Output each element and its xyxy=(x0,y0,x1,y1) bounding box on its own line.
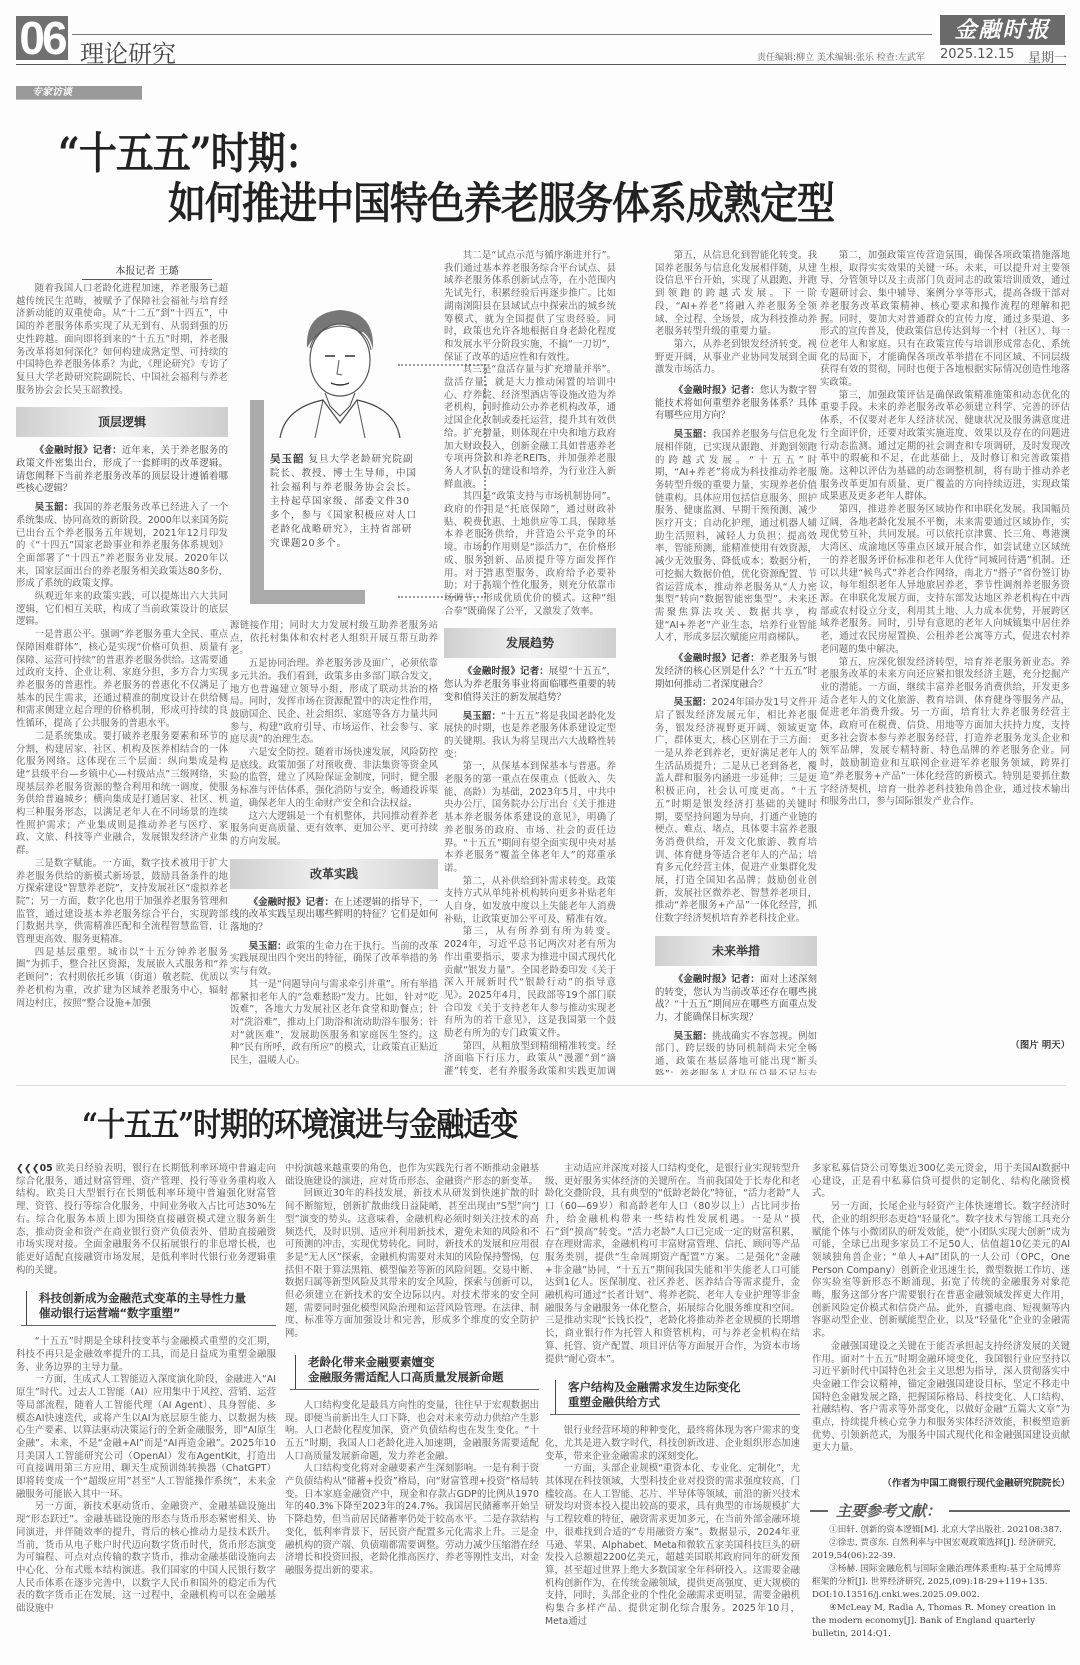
subheading-line: 金融服务需适配人口高质量发展新命题 xyxy=(308,1370,539,1385)
article1-headline-line2: 如何推进中国特色养老服务体系成熟定型 xyxy=(168,168,834,231)
paragraph: 纵观近年来的政策实践，可以提炼出六大共同逻辑，它们相互关联，构成了当前政策设计的… xyxy=(16,591,228,629)
paragraph: 这六大逻辑是一个有机整体，共同推动着养老服务向更高质量、更有效率、更加公平、更可… xyxy=(230,811,438,849)
interviewee-label: 吴玉韶： xyxy=(463,711,501,722)
paragraph: 二是系统集成。要打破养老服务要素和环节的分割，构建居家、社区、机构及医养相结合的… xyxy=(16,731,228,858)
article2-column-2: 中扮演越来越重要的角色，也作为实践先行者不断推动金融基础设施建设的演进，应对货币… xyxy=(285,1163,539,1663)
article2-column-1: ❮❮❮05 欧美日经验表明，银行在长期低利率环境中普遍走向综合化服务，通过财富管… xyxy=(16,1163,276,1663)
section-heading-future-measures: 未来举措 xyxy=(655,936,817,966)
interviewee-label: 吴玉韶： xyxy=(674,697,712,708)
paragraph: “十五五”时期是全球科技变革与金融模式重塑的交汇期，科技不再只是金融效率提升的工… xyxy=(16,1336,276,1374)
interviewer-label: 《金融时报》记者： xyxy=(674,974,760,985)
paragraph: 多家私募信贷公司筹集近300亿美元资金，用于美国AI数据中心建设，正是看中私募信… xyxy=(812,1163,1070,1201)
bio-frame-bottom xyxy=(250,590,365,604)
article1-column-1: 随着我国人口老龄化进程加速，养老服务已超越传统民生范畴，被赋予了保障社会福祉与培… xyxy=(16,283,228,1073)
subheading-line: 老龄化带来金融要素嬗变 xyxy=(308,1355,539,1370)
subheading-aging-finance: 老龄化带来金融要素嬗变 金融服务需适配人口高质量发展新命题 xyxy=(295,1355,539,1390)
answer-2: 吴玉韶：政策的生命力在于执行。当前的改革实践展现出四个突出的特征，确保了改革举措… xyxy=(230,941,438,979)
interviewer-label: 《金融时报》记者： xyxy=(674,385,760,396)
answer-6: 吴玉韶：挑战确实不容忽视。例如部门、跨层级的协同机制尚未完全畅通，政策在基层落地… xyxy=(655,1031,817,1075)
interviewer-label: 《金融时报》记者： xyxy=(674,653,760,664)
paragraph: 六是安全防控。随着市场快速发展，风险防控是底线。政策加强了对预收费、非法集资等资… xyxy=(230,747,438,811)
paragraph: 回顾近30年的科技发展，新技术从研发到快速扩散的时间不断缩短，创新扩散曲线日益陡… xyxy=(285,1188,539,1340)
interviewer-label: 《金融时报》记者： xyxy=(35,445,122,456)
byline: 本报记者 王璐 xyxy=(82,262,212,280)
reference-item: ②徐忠, 贾彦东. 自然利率与中国宏观政策选择[J]. 经济研究, 2019,5… xyxy=(812,1537,1068,1563)
paragraph: 金融强国建设之关键在于能否承担起支持经济发展的关键作用。面对“十五五”时期金融环… xyxy=(812,1341,1070,1455)
subheading-tech-innovation: 科技创新成为金融范式变革的主导性力量 催动银行运营端“数字重塑” xyxy=(26,1291,276,1326)
subheading-line: 催动银行运营端“数字重塑” xyxy=(39,1306,276,1321)
column-tag-underline xyxy=(16,99,142,100)
answer-text: 我国养老服务与信息化发展相伴随，已实现从跟跑、并跑到领跑的跨越式发展。“十五五”… xyxy=(655,429,817,643)
paragraph: 银行业经营环境的种种变化，最终将体现为客户需求的变化，尤其是进入数字时代，科技创… xyxy=(545,1425,800,1463)
article1-column-4: 第五，从信息化到智能化转变。我国养老服务与信息化发展相伴随，从建设信息平台开始，… xyxy=(655,250,817,1075)
column-tag: 专家访谈 xyxy=(16,86,142,99)
paragraph: 第三，从有所养到有所为转变。2024年，习近平总书记两次对老有所为作出重要指示，… xyxy=(444,926,616,1040)
interviewer-label: 《金融时报》记者： xyxy=(463,666,549,677)
paragraph: 第五，应深化银发经济转型，培育养老服务新业态。养老服务改革的未来方向还应紧扣银发… xyxy=(820,657,1070,809)
portrait-illustration xyxy=(275,298,405,438)
heading-rule-left xyxy=(810,1510,828,1512)
lead-paragraph: 随着我国人口老龄化进程加速，养老服务已超越传统民生范畴，被赋予了保障社会福祉与培… xyxy=(16,283,228,397)
references-list: ①田轩. 创新的资本逻辑[M]. 北京大学出版社. 202108:387. ②徐… xyxy=(812,1524,1068,1641)
paragraph: 第四，从粗放型到精细精准转变。经济面临下行压力，政策从“漫灌”到“滴灌”转变，老… xyxy=(444,1041,616,1075)
question-2: 《金融时报》记者：在上述逻辑的指导下，一线的改革实践呈现出哪些鲜明的特征？它们是… xyxy=(230,897,438,935)
answer-text: 2024年国办发1号文件开启了银发经济发展元年，相比养老服务，银发经济视野更开阔… xyxy=(655,697,817,924)
paragraph: 三是数字赋能。一方面，数字技术被用于扩大养老服务供给的新模式新场景，鼓励具备条件… xyxy=(16,858,228,947)
interviewee-label: 吴玉韶： xyxy=(35,502,74,513)
subheading-line: 科技创新成为金融范式变革的主导性力量 xyxy=(39,1291,276,1306)
paragraph: 人口结构变化是最具方向性的变量，往往早于宏观数据出现。即便当前新出生人口下降，也… xyxy=(285,1400,539,1464)
subheading-line: 客户结构及金融需求发生边际变化 xyxy=(568,1380,800,1395)
answer-1: 吴玉韶：我国的养老服务改革已经进入了一个系统集成、协同高效的新阶段。2000年以… xyxy=(16,502,228,591)
page-number: 06 xyxy=(16,16,68,60)
paragraph-text: 欧美日经验表明，银行在长期低利率环境中普遍走向综合化服务，通过财富管理、资产管理… xyxy=(16,1163,276,1276)
paragraph: 第五，从信息化到智能化转变。我国养老服务与信息化发展相伴随，从建设信息平台开始，… xyxy=(655,250,817,339)
paragraph: 第四，推进养老服务区域协作和串联化发展。我国幅员辽阔，各地老龄化发展不平衡，未来… xyxy=(820,504,1070,656)
paragraph: 五是协同治理。养老服务涉及面广，必须依靠多元共治。我们看到，政策多由多部门联合发… xyxy=(230,658,438,747)
question-1: 《金融时报》记者：近年来，关于养老服务的政策文件密集出台，形成了一套鲜明的改革逻… xyxy=(16,445,228,496)
paragraph: 第二，加强政策宣传营造氛围，确保各项政策措施落地生根，取得实实效果的关键一环。未… xyxy=(820,250,1070,390)
issue-date: 2025.12.15 xyxy=(940,47,1014,62)
interviewee-label: 吴玉韶： xyxy=(674,1031,712,1042)
newspaper-logo: 金融时报 xyxy=(940,15,1065,45)
article2-column-3: 主动适应并深度对接人口结构变化，是银行业实现转型升级、更好服务实体经济的关键所在… xyxy=(545,1163,800,1663)
paragraph: 一方面，头部企业规模“重资本化、专业化、定制化”，尤其体现在科技领域，大型科技企… xyxy=(545,1463,800,1628)
continued-page-number: 05 xyxy=(40,1163,53,1174)
header-rule-top xyxy=(72,34,932,35)
paragraph: 其二是“试点示范与循序渐进并行”。我们通过基本养老服务综合平台试点、县域养老服务… xyxy=(444,250,616,364)
paragraph: 源链接作用；同时大力发展村级互助养老服务站点，依托村集体和农村老人组织开展互帮互… xyxy=(230,620,438,658)
paragraph: 另一方面，长尾企业与轻资产主体快速增长。数字经济时代，企业的组织形态更趋“轻量化… xyxy=(812,1201,1070,1341)
subheading-customer-structure: 客户结构及金融需求发生边际变化 重塑金融供给方式 xyxy=(555,1380,800,1415)
editor-credits: 责任编辑:柳立 美术编辑:张乐 检查:左武军 xyxy=(757,50,925,63)
paragraph: 其一是“问题导向与需求牵引并重”。所有举措都紧扣老年人的“急难愁盼”发力。比如，… xyxy=(230,979,438,1068)
article1-column-3: 其二是“试点示范与循序渐进并行”。我们通过基本养老服务综合平台试点、县域养老服务… xyxy=(444,250,616,1075)
paragraph: 中扮演越来越重要的角色，也作为实践先行者不断推动金融基础设施建设的演进，应对货币… xyxy=(285,1163,539,1188)
section-heading-reform-practice: 改革实践 xyxy=(230,859,438,889)
paragraph: 一方面，生成式人工智能迈入深度演化阶段，金融进入“AI原生”时代。过去人工智能（… xyxy=(16,1374,276,1501)
continued-marker-icon: ❮❮❮ xyxy=(16,1163,40,1174)
subheading-line: 重塑金融供给方式 xyxy=(568,1395,800,1410)
paragraph: 四是基层重塑。城市以“十五分钟养老服务圈”为抓手，整合社区资源，发展嵌入式服务和… xyxy=(16,947,228,1011)
bio-name: 吴玉韶 xyxy=(270,453,305,465)
paragraph: 第一，从保基本到保基本与普惠。养老服务的第一重点在保重点（低收入、失能、高龄）为… xyxy=(444,761,616,875)
author-note: （作者为中国工商银行现代金融研究院院长） xyxy=(812,1478,1070,1491)
bio-frame-left xyxy=(250,400,264,600)
paragraph: 一是普惠公平。强调“养老服务重大全民、重点保障困难群体”，核心是实现“价格可负担… xyxy=(16,629,228,731)
heading-rule-right xyxy=(949,1510,1070,1512)
photo-credit-text: （图片 明天） xyxy=(1010,1040,1070,1051)
article1-column-2: 源链接作用；同时大力发展村级互助养老服务站点，依托村集体和农村老人组织开展互帮互… xyxy=(230,620,438,1075)
article2-column-4: 多家私募信贷公司筹集近300亿美元资金，用于美国AI数据中心建设，正是看中私募信… xyxy=(812,1163,1070,1483)
reference-item: ③杨赫. 国际金融危机与国际金融治理体系重构:基于全局博弈框架的分析[J]. 世… xyxy=(812,1563,1068,1602)
answer-text: 我国的养老服务改革已经进入了一个系统集成、协同高效的新阶段。2000年以来国务院… xyxy=(16,502,228,589)
paragraph: 其四是“政策支持与市场机制协同”。政府的作用是“托底保障”，通过财政补贴、税费优… xyxy=(444,491,616,618)
paragraph: 第六，从养老到银发经济转变。视野更开阔，从事业产业协同发展到全面激发市场活力。 xyxy=(655,339,817,377)
interviewee-bio: 吴玉韶 复旦大学老龄研究院副院长、教授、博士生导师，中国社会福利与养老服务协会会… xyxy=(270,452,420,551)
reference-item: ④McLeay M, Radia A, Thomas R. Money crea… xyxy=(812,1602,1068,1641)
question-6: 《金融时报》记者：面对上述深刻的转变，您认为当前改革还存在哪些挑战？“十五五”期… xyxy=(655,974,817,1025)
continued-paragraph: ❮❮❮05 欧美日经验表明，银行在长期低利率环境中普遍走向综合化服务，通过财富管… xyxy=(16,1163,276,1277)
paragraph: 人口结构变化将对金融要素产生深刻影响。一是有利于资产负债结构从“储蓄+投资”格局… xyxy=(285,1463,539,1577)
section-heading-top-logic: 顶层逻辑 xyxy=(16,407,228,437)
article-separator xyxy=(16,1085,1066,1086)
answer-5: 吴玉韶：2024年国办发1号文件开启了银发经济发展元年，相比养老服务，银发经济视… xyxy=(655,697,817,926)
interviewee-label: 吴玉韶： xyxy=(674,429,712,440)
bio-text: 复旦大学老龄研究院副院长、教授、博士生导师，中国社会福利与养老服务协会会长。主持… xyxy=(270,454,417,549)
paragraph: 其三是“盘活存量与扩充增量并举”。盘活存量，就是大力推动闲置的培训中心、疗养院、… xyxy=(444,364,616,491)
article2-headline: “十五五”时期的环境演进与金融适变 xyxy=(82,1100,517,1146)
paragraph: 第三，加强政策评估是确保政策精准施策和动态优化的重要手段。未来的养老服务改革必须… xyxy=(820,390,1070,504)
interviewer-label: 《金融时报》记者： xyxy=(249,897,334,908)
reference-item: ①田轩. 创新的资本逻辑[M]. 北京大学出版社. 202108:387. xyxy=(812,1524,1068,1537)
interviewee-label: 吴玉韶： xyxy=(249,941,287,952)
photo-credit: （图片 明天） xyxy=(1000,1040,1070,1053)
answer-3: 吴玉韶：“十五五”将是我国老龄化发展快的时期，也是养老服务体系建设定型的关键期。… xyxy=(444,711,616,762)
paragraph: 第二，从补供给到补需求转变。政策支持方式从单纯补机构转向更多补贴老年人自身，如发… xyxy=(444,876,616,927)
header-rule xyxy=(16,64,1066,65)
references-heading: 主要参考文献： xyxy=(810,1500,1070,1521)
answer-4: 吴玉韶：我国养老服务与信息化发展相伴随，已实现从跟跑、并跑到领跑的跨越式发展。“… xyxy=(655,429,817,645)
section-heading-development-trends: 发展趋势 xyxy=(444,628,616,658)
paragraph: 主动适应并深度对接人口结构变化，是银行业实现转型升级、更好服务实体经济的关键所在… xyxy=(545,1163,800,1366)
question-3: 《金融时报》记者：展望“十五五”，您认为养老服务事业将面临哪些重要的转变和值得关… xyxy=(444,666,616,704)
question-5: 《金融时报》记者：养老服务与银发经济的核心区别是什么？“十五五”时期如何推动二者… xyxy=(655,653,817,691)
article1-column-5: 第二，加强政策宣传营造氛围，确保各项政策措施落地生根，取得实实效果的关键一环。未… xyxy=(820,250,1070,1040)
references-title: 主要参考文献： xyxy=(836,1500,941,1521)
paragraph: 另一方面，新技术驱动货币、金融资产、金融基础设施出现“形态跃迁”。金融基础设施的… xyxy=(16,1501,276,1615)
question-4: 《金融时报》记者：您认为数字智能技术将如何重塑养老服务体系？具体有哪些应用方向？ xyxy=(655,385,817,423)
